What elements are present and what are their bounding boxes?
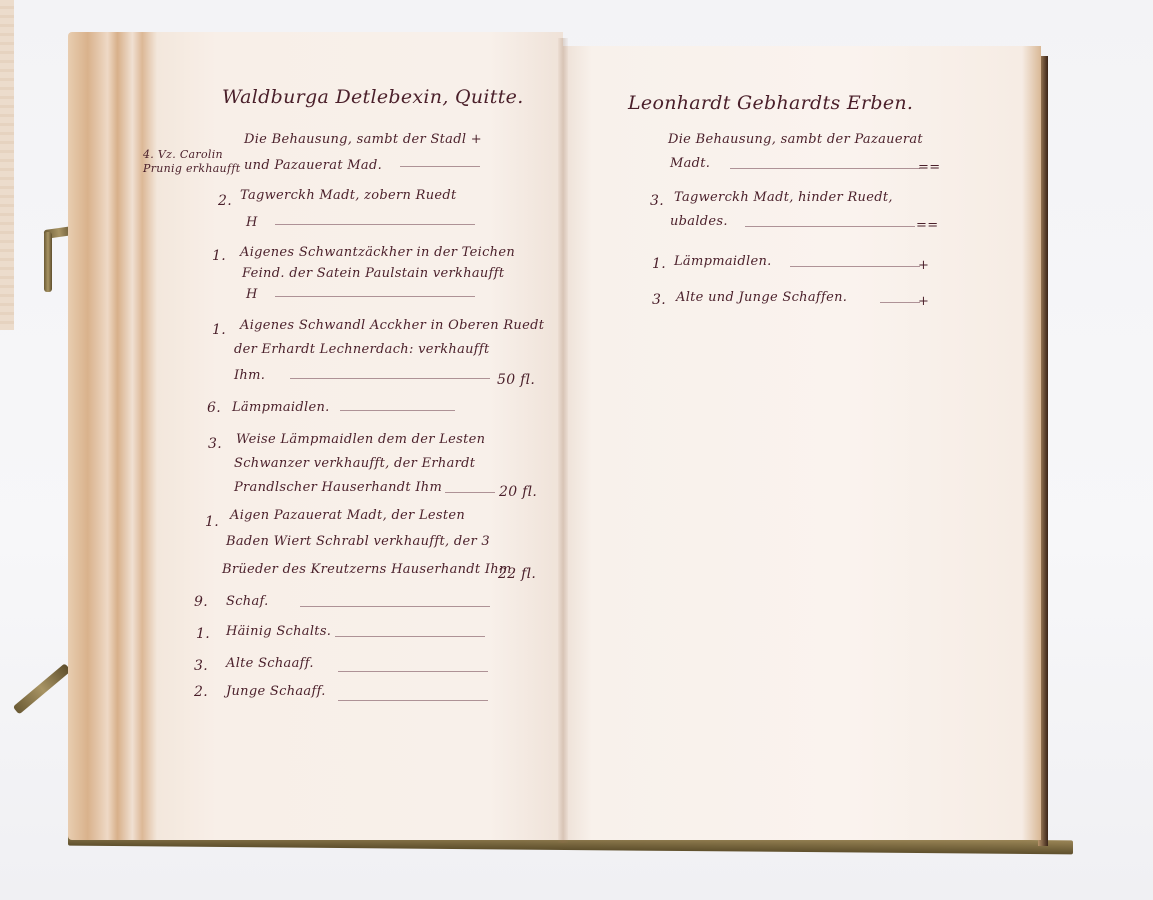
fill-dash (338, 671, 488, 672)
entry-line: Feind. der Satein Paulstain verkhaufft (242, 266, 504, 281)
entry-line: Aigenes Schwandl Acckher in Oberen Ruedt (240, 318, 544, 333)
entry-line: Weise Lämpmaidlen dem der Lesten (236, 432, 485, 447)
entry-line: Lämpmaidlen. (232, 400, 330, 415)
right-page (563, 46, 1041, 840)
entry-quantity: 3. (194, 658, 208, 674)
entry-line: Aigen Pazauerat Madt, der Lesten (230, 508, 465, 523)
fill-dash (340, 410, 455, 411)
entry-line: Schaf. (226, 594, 269, 609)
entry-line: Madt. (670, 156, 710, 171)
fill-dash (790, 266, 920, 267)
entry-line: Baden Wiert Schrabl verkhaufft, der 3 (226, 534, 490, 549)
entry-amount: 20 fl. (499, 484, 537, 500)
fill-dash (445, 492, 495, 493)
entry-line: der Erhardt Lechnerdach: verkhaufft (234, 342, 490, 357)
fill-dash (400, 166, 480, 167)
fill-dash (745, 226, 915, 227)
entry-quantity: 1. (205, 514, 219, 530)
fill-dash (300, 606, 490, 607)
entry-quantity: 2. (194, 684, 208, 700)
fill-dash (275, 296, 475, 297)
entry-line: H (246, 215, 258, 230)
fill-dash (335, 636, 485, 637)
entry-quantity: 2. (218, 193, 232, 209)
entry-line: Lämpmaidlen. (674, 254, 772, 269)
entry-line: Alte Schaaff. (226, 656, 314, 671)
entry-mark: + (918, 294, 929, 309)
entry-line: Tagwerckh Madt, hinder Ruedt, (674, 190, 893, 205)
entry-quantity: 1. (212, 248, 226, 264)
entry-quantity: 3. (650, 193, 664, 209)
entry-line: Prandlscher Hauserhandt Ihm (234, 480, 442, 495)
fill-dash (338, 700, 488, 701)
entry-line: Brüeder des Kreutzerns Hauserhandt Ihm. (222, 562, 516, 577)
entry-line: ubaldes. (670, 214, 728, 229)
margin-note-line: 4. Vz. Carolin (143, 148, 223, 161)
entry-amount: 22 fl. (498, 566, 536, 582)
entry-line: Häinig Schalts. (226, 624, 331, 639)
book-gutter (558, 38, 568, 843)
entry-quantity: 1. (196, 626, 210, 642)
entry-quantity: 1. (212, 322, 226, 338)
entry-line: Schwanzer verkhaufft, der Erhardt (234, 456, 475, 471)
book-tie-upper-end (44, 232, 52, 292)
entry-amount: 50 fl. (497, 372, 535, 388)
margin-note-line: Prunig erkhaufft (143, 162, 240, 175)
entry-line: Tagwerckh Madt, zobern Ruedt (240, 188, 457, 203)
entry-line: Aigenes Schwantzäckher in der Teichen (240, 245, 515, 260)
entry-mark: + (918, 258, 929, 273)
entry-line: Junge Schaaff. (226, 684, 326, 699)
right-page-heading: Leonhardt Gebhardts Erben. (628, 92, 913, 114)
entry-quantity: 9. (194, 594, 208, 610)
entry-line: Ihm. (234, 368, 265, 383)
wooden-table-edge (0, 0, 14, 330)
entry-line: Die Behausung, sambt der Pazauerat (668, 132, 923, 147)
left-page-heading: Waldburga Detlebexin, Quitte. (222, 86, 524, 108)
entry-quantity: 3. (652, 292, 666, 308)
entry-line: H (246, 287, 258, 302)
fill-dash (730, 168, 920, 169)
entry-mark: == (918, 160, 940, 175)
entry-mark: == (916, 218, 938, 233)
entry-line: Alte und Junge Schaffen. (676, 290, 847, 305)
entry-line: und Pazauerat Mad. (244, 158, 382, 173)
entry-quantity: 1. (652, 256, 666, 272)
fill-dash (275, 224, 475, 225)
fill-dash (290, 378, 490, 379)
entry-quantity: 6. (207, 400, 221, 416)
fill-dash (880, 302, 920, 303)
entry-quantity: 3. (208, 436, 222, 452)
entry-line: Die Behausung, sambt der Stadl + (244, 132, 482, 147)
